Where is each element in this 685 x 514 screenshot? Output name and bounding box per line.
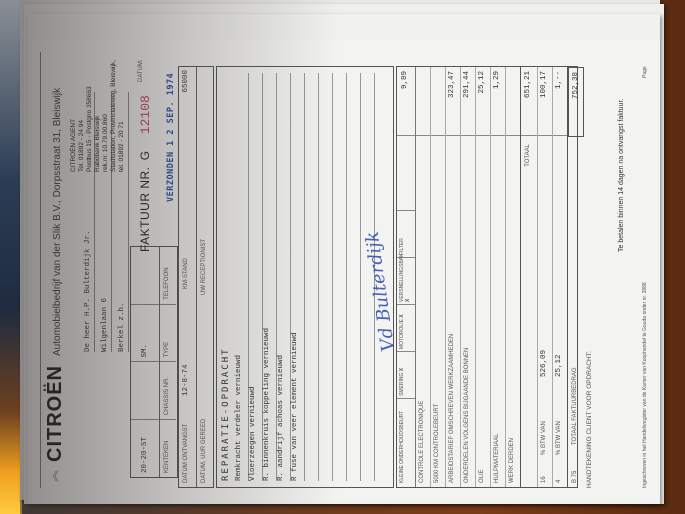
maint-col-smering: SMERING x <box>397 351 415 398</box>
type-label: TYPE <box>160 304 176 362</box>
agent-line: Postbus 15 - Postgiro 358663 <box>86 52 94 172</box>
subtotal-value: 651,21 <box>521 67 537 136</box>
sent-stamp: VERZONDEN 1 2 SEP. 1974 <box>166 73 176 202</box>
agent-line: Stadtstation, Provincialeweg, Bleiswijk, <box>110 52 118 172</box>
grand-total-prefix: B 75 <box>568 449 584 487</box>
double-chevron-icon: ︽ <box>44 470 61 482</box>
background-objects <box>0 0 22 514</box>
repair-line: R fuse van veer element vernieuwd <box>291 73 305 481</box>
header-rule <box>40 52 41 488</box>
vat-row: 4 % BTW VAN 25,12 1,-- <box>553 67 568 487</box>
invoice-title: FAKTUUR NR. <box>138 166 152 252</box>
repair-line: Vloerzeegen vernieuwd <box>249 73 263 481</box>
repair-line: Remkracht verdeler vernieuwd <box>235 73 249 481</box>
repair-line-empty <box>347 73 361 481</box>
repair-line-empty <box>319 73 333 481</box>
receptionist-label: UW RECEPTIONIST <box>197 67 213 299</box>
agent-line: tel. 01892 - 20 71 <box>118 52 126 172</box>
charge-row: 5000 KM CONTROLEBEURT <box>431 67 446 487</box>
grand-total-label: TOTAAL FAKTUURBEDRAG <box>568 137 584 449</box>
repair-line-empty <box>305 73 319 481</box>
invoice-number-block: FAKTUUR NR. G 12108 <box>138 52 153 252</box>
maintenance-header: KLEINE ONDERHOUDSBEURT <box>397 398 415 487</box>
type-value: SM. <box>131 304 159 362</box>
kenteken-value: 20-20-ST <box>131 419 159 477</box>
maint-col-motorolie: MOTOROLIE x <box>397 304 415 351</box>
dates-box: DATUM ONTVANGST 12-8-74 KM-STAND 65000 D… <box>178 66 214 488</box>
subtotal-row: TOTAAL 651,21 <box>521 67 538 487</box>
km-stand-value: 65000 <box>179 67 196 225</box>
vat-row: 16 % BTW VAN 526,09 100,17 <box>538 67 553 487</box>
invoice-photo: ︽ CITROËN Automobielbedrijf van der Slik… <box>30 40 660 502</box>
km-stand-label: KM-STAND <box>179 225 196 293</box>
charge-row: HULPMATERIAAL 1,29 <box>491 67 506 487</box>
brand-logo: CITROËN <box>44 365 67 462</box>
repair-line-empty <box>333 73 347 481</box>
registry-footer: Ingeschreven in het Handelsregister van … <box>642 282 648 488</box>
repair-line: R. binnenkruis koppeling vernieuwd <box>263 73 277 481</box>
vehicle-box: 20-20-ST SM. KENTEKEN CHASSIS NR. TYPE T… <box>130 246 178 478</box>
telefoon-label: TELEFOON <box>160 247 176 304</box>
agent-line: rek.nr. 10.79.00.860 <box>102 52 110 172</box>
repair-line: R. aandrijf achoas vernieuwd <box>277 73 291 481</box>
page-label: Page <box>642 66 648 78</box>
charge-row: OLIE 25,12 <box>476 67 491 487</box>
telefoon-value <box>131 247 159 304</box>
payment-terms: Te betalen binnen 14 dagen na ontvangst … <box>618 99 625 252</box>
charges-table: KLEINE ONDERHOUDSBEURT SMERING x MOTOROL… <box>396 66 578 488</box>
signature-label: HANDTEKENING CLIENT VOOR OPDRACHT: <box>586 328 593 488</box>
subtotal-label: TOTAAL <box>521 136 537 487</box>
agent-line: Tel. 01892 - 24 94 <box>78 52 86 172</box>
grand-total-row: B 75 TOTAAL FAKTUURBEDRAG 752,38 <box>568 67 584 487</box>
grand-total-value: 752,38 <box>568 67 584 137</box>
kenteken-label: KENTEKEN <box>160 419 176 477</box>
charge-row: ARBEIDSTARIEF OMSCHREVEN WERKZAAMHEDEN 3… <box>446 67 461 487</box>
maint-col-filter: FILTER <box>397 210 415 257</box>
charge-row: CONTROLE ELECTRONIQUE <box>416 67 431 487</box>
charge-row: ONDERDELEN VOLGENS BIJGAANDE BONNEN 291,… <box>461 67 476 487</box>
datum-ontvangst-value: 12-8-74 <box>179 293 196 399</box>
invoice-series: G <box>138 150 152 160</box>
charge-row: WERK DERDEN <box>506 67 521 487</box>
agent-line: CITROËN AGENT <box>70 52 78 172</box>
chassis-label: CHASSIS NR. <box>160 362 176 420</box>
repair-title: REPARATIE-OPDRACHT <box>217 67 235 487</box>
datum-label: DATUM: <box>138 59 144 82</box>
maintenance-row: KLEINE ONDERHOUDSBEURT SMERING x MOTOROL… <box>397 67 416 487</box>
invoice-number: 12108 <box>138 95 153 134</box>
agent-line: Rabobank Bleiswijk <box>94 52 102 172</box>
maintenance-amount: 9,89 <box>397 67 415 136</box>
datum-gereed-label: DATUM, UUR GEREED <box>197 299 213 487</box>
invoice-document: ︽ CITROËN Automobielbedrijf van der Slik… <box>30 40 660 502</box>
company-address: Automobielbedrijf van der Slik B.V., Dor… <box>52 88 63 356</box>
agent-block: CITROËN AGENT Tel. 01892 - 24 94 Postbus… <box>70 52 126 172</box>
chassis-value <box>131 362 159 420</box>
maint-col-versnelling: VERSNELLINGSBAK x <box>397 257 415 304</box>
datum-ontvangst-label: DATUM ONTVANGST <box>179 399 196 487</box>
